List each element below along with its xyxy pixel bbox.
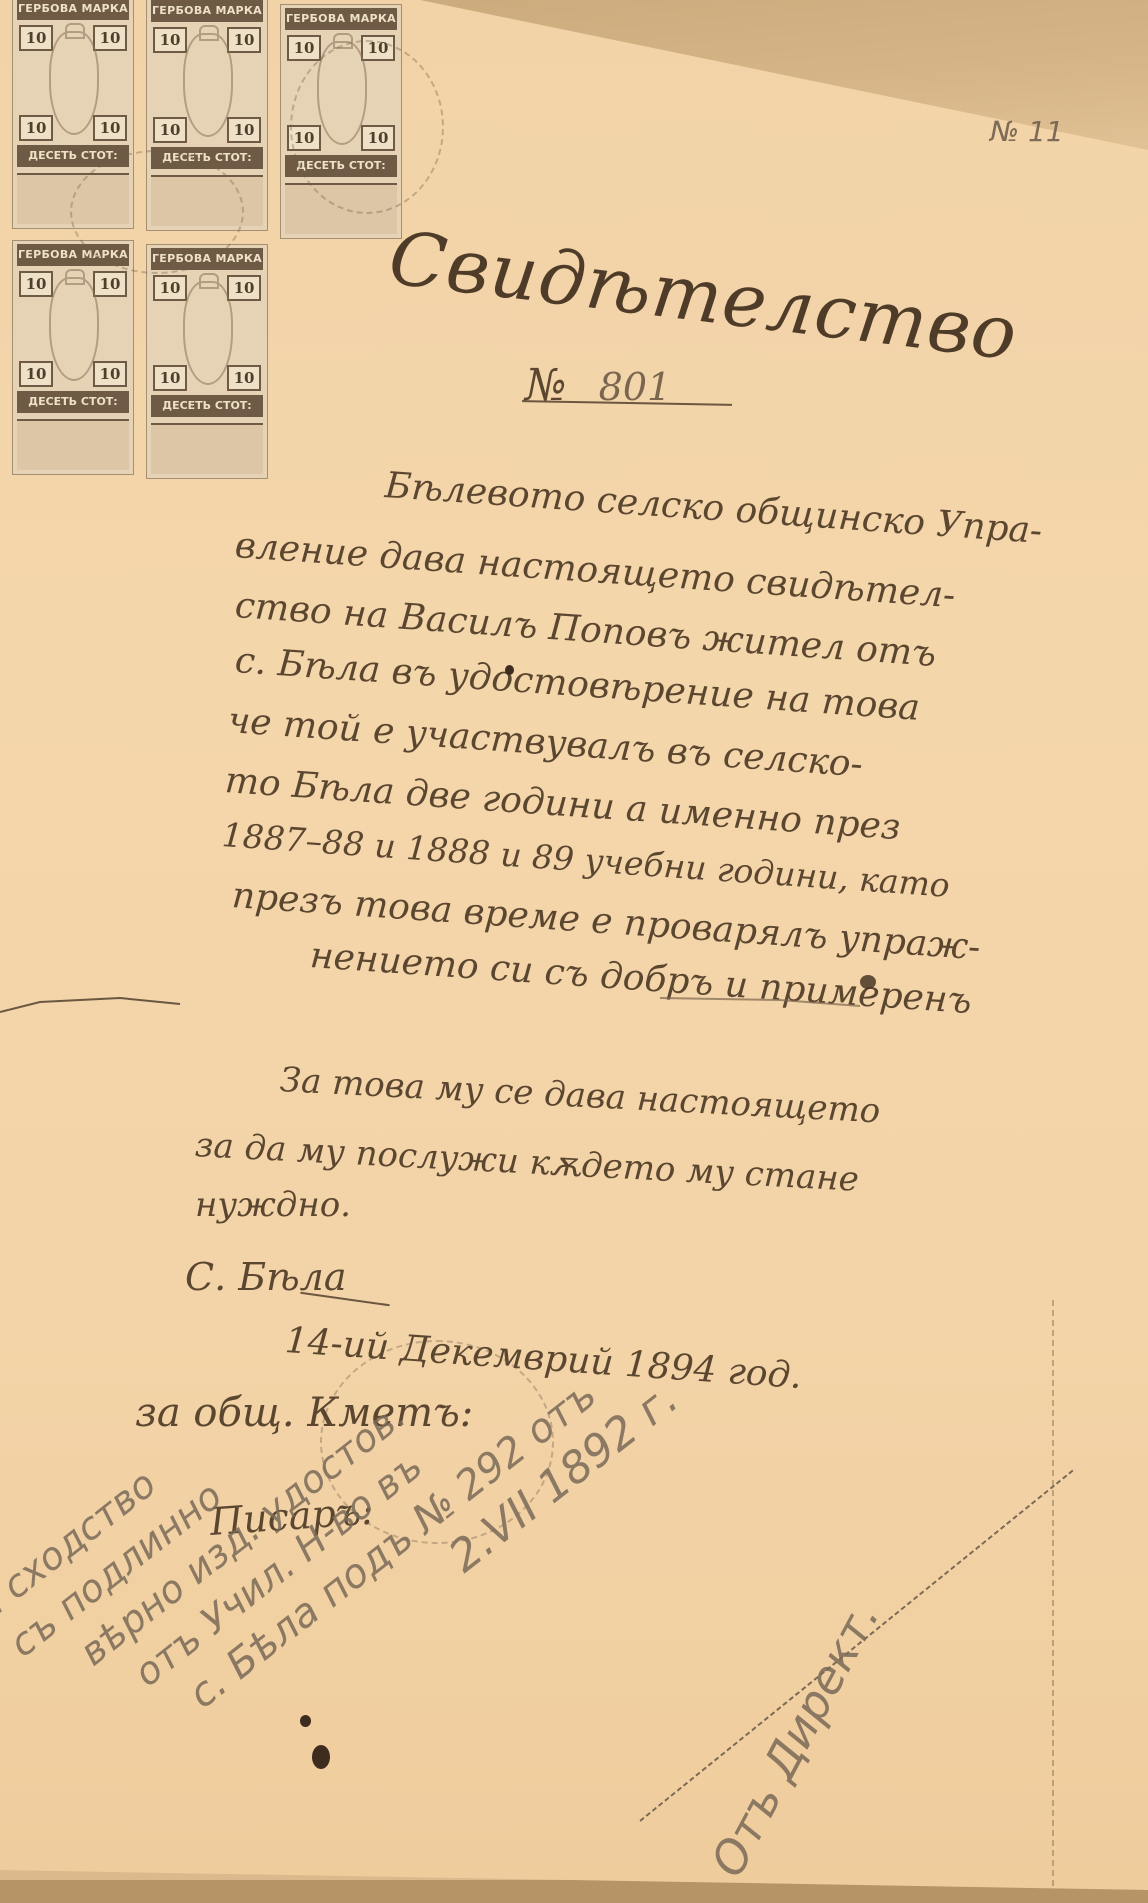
- ink-blot: [860, 975, 876, 989]
- sheet-number: № 11: [990, 115, 1064, 148]
- stamp-value: 10: [93, 115, 127, 141]
- stamp-value: 10: [93, 361, 127, 387]
- mayor-signature-line: за общ. Кметъ:: [135, 1390, 473, 1436]
- stamp-header: ГЕРБОВА МАРКА: [17, 0, 129, 20]
- coat-of-arms-icon: [49, 31, 99, 135]
- stamp-value: 10: [153, 117, 187, 143]
- stamp-header: ГЕРБОВА МАРКА: [285, 8, 397, 30]
- stamp-value: 10: [19, 25, 53, 51]
- stamp-value: 10: [93, 25, 127, 51]
- ink-blot: [505, 665, 514, 675]
- stamp-value: 10: [153, 365, 187, 391]
- stamp-header: ГЕРБОВА МАРКА: [151, 0, 263, 22]
- cancellation-seal: [70, 150, 244, 274]
- stamp-blank-area: [151, 423, 263, 474]
- coat-of-arms-icon: [183, 33, 233, 137]
- revenue-stamp: ГЕРБОВА МАРКА 10 10 10 10 ДЕСЕТЬ СТОТ:: [12, 240, 134, 475]
- stamp-value: 10: [153, 27, 187, 53]
- paper-fold-edge: [1052, 1300, 1054, 1890]
- stamp-blank-area: [17, 419, 129, 470]
- stamp-value: 10: [227, 27, 261, 53]
- stamp-value: 10: [19, 115, 53, 141]
- stamp-value: 10: [227, 365, 261, 391]
- stamp-value: 10: [153, 275, 187, 301]
- paper-crease: [0, 990, 1000, 1030]
- number-label: №: [525, 360, 567, 411]
- closing-line: нуждно.: [195, 1185, 351, 1225]
- ink-blot: [300, 1715, 311, 1727]
- stamp-value: 10: [93, 271, 127, 297]
- coat-of-arms-icon: [183, 281, 233, 385]
- place-of-issue: С. Бѣла: [185, 1255, 347, 1299]
- stamp-value: 10: [287, 35, 321, 61]
- stamp-footer: ДЕСЕТЬ СТОТ:: [17, 391, 129, 413]
- cancellation-seal: [290, 40, 444, 214]
- coat-of-arms-icon: [49, 277, 99, 381]
- ink-blot: [312, 1745, 330, 1769]
- stamp-value: 10: [227, 275, 261, 301]
- stamp-value: 10: [19, 361, 53, 387]
- stamp-value: 10: [19, 271, 53, 297]
- revenue-stamp: ГЕРБОВА МАРКА 10 10 10 10 ДЕСЕТЬ СТОТ:: [146, 244, 268, 479]
- stamp-value: 10: [227, 117, 261, 143]
- stamp-footer: ДЕСЕТЬ СТОТ:: [151, 395, 263, 417]
